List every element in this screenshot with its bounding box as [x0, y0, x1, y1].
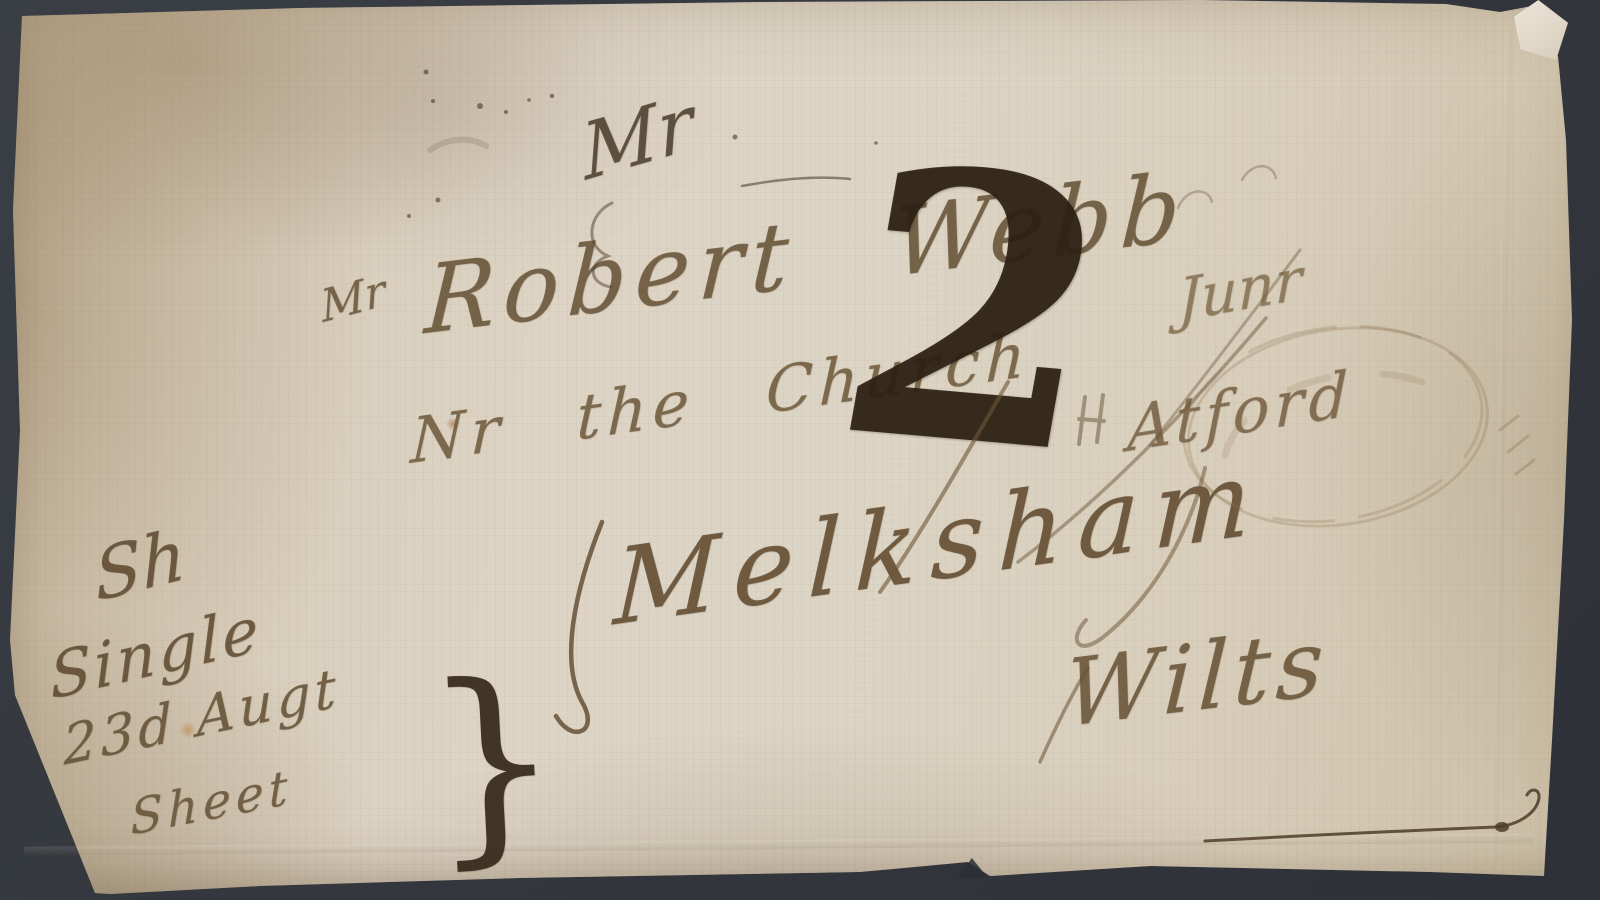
photo-of-postal-cover: Mr Mr Robert Webb Junr Nr the Church Atf…: [0, 0, 1600, 900]
endorsement-brace: }: [420, 653, 566, 872]
